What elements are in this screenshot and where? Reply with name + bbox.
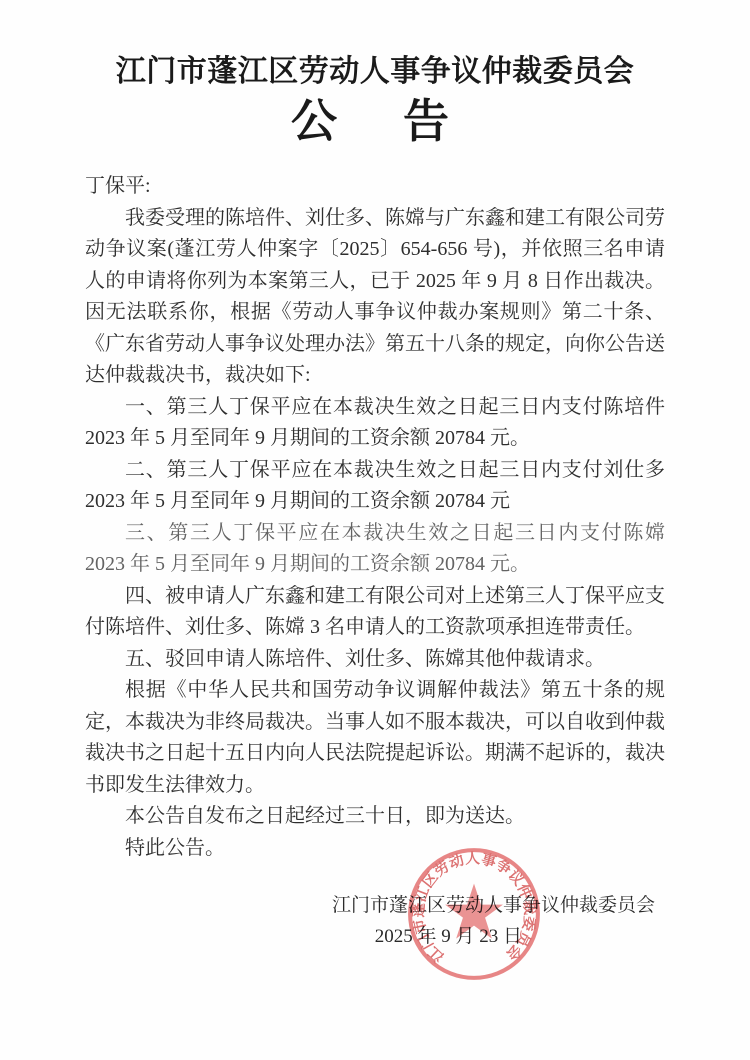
notice-paragraph: 五、驳回申请人陈培件、刘仕多、陈嫦其他仲裁请求。 xyxy=(85,644,665,676)
notice-paragraph: 三、第三人丁保平应在本裁决生效之日起三日内支付陈嫦 2023 年 5 月至同年 … xyxy=(85,518,665,581)
notice-body: 丁保平: 我委受理的陈培件、刘仕多、陈嫦与广东鑫和建工有限公司劳动争议案(蓬江劳… xyxy=(85,171,665,864)
notice-title: 公 告 xyxy=(0,93,750,151)
signature-date: 2025 年 9 月 23 日 xyxy=(0,921,750,952)
notice-paragraph: 二、第三人丁保平应在本裁决生效之日起三日内支付刘仕多 2023 年 5 月至同年… xyxy=(85,455,665,518)
notice-paragraph: 四、被申请人广东鑫和建工有限公司对上述第三人丁保平应支付陈培件、刘仕多、陈嫦 3… xyxy=(85,581,665,644)
signature-org: 江门市蓬江区劳动人事争议仲裁委员会 xyxy=(0,890,750,921)
notice-paragraph: 根据《中华人民共和国劳动争议调解仲裁法》第五十条的规定，本裁决为非终局裁决。当事… xyxy=(85,675,665,801)
salutation: 丁保平: xyxy=(85,171,665,203)
notice-paragraph: 我委受理的陈培件、刘仕多、陈嫦与广东鑫和建工有限公司劳动争议案(蓬江劳人仲案字〔… xyxy=(85,203,665,392)
signature-block: 江门市蓬江区劳动人事争议仲裁委员会 2025 年 9 月 23 日 xyxy=(0,890,750,952)
org-title: 江门市蓬江区劳动人事争议仲裁委员会 xyxy=(0,0,750,92)
notice-paragraph: 一、第三人丁保平应在本裁决生效之日起三日内支付陈培件 2023 年 5 月至同年… xyxy=(85,392,665,455)
notice-paragraph: 特此公告。 xyxy=(85,833,665,865)
notice-document: 江门市蓬江区劳动人事争议仲裁委员会 公 告 丁保平: 我委受理的陈培件、刘仕多、… xyxy=(0,0,750,1060)
notice-paragraph: 本公告自发布之日起经过三十日，即为送达。 xyxy=(85,801,665,833)
